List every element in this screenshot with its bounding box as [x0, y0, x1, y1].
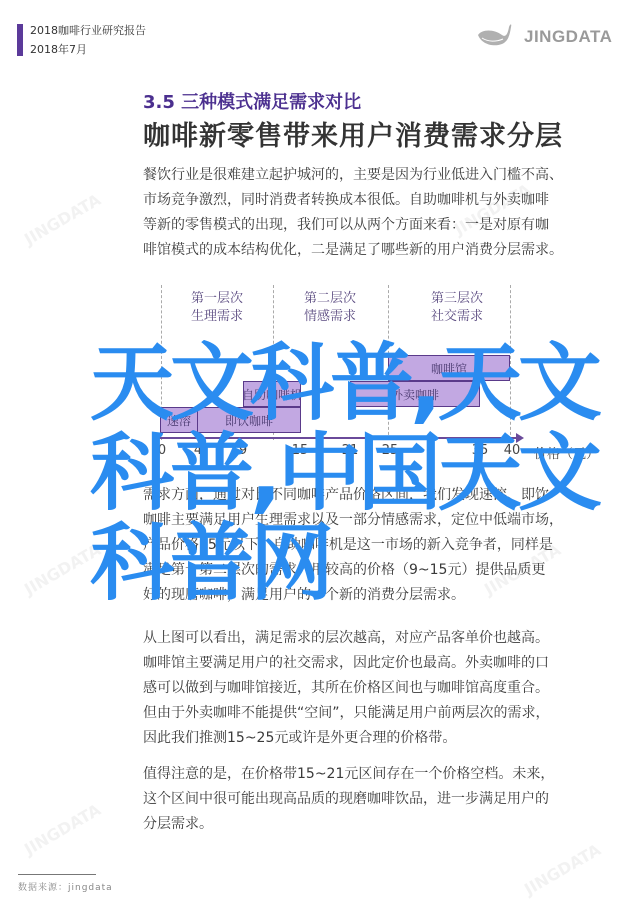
x-tick: 35: [472, 443, 489, 458]
watermark: JINGDATA: [21, 190, 104, 249]
bar-instant-coffee: 速溶: [160, 407, 198, 433]
text-line: 咖啡馆主要满足用户的社交需求，因此定价也最高。外卖咖啡的口: [143, 651, 613, 676]
tier-title: 第二层次: [275, 290, 385, 308]
watermark: JINGDATA: [521, 840, 604, 899]
x-axis: [158, 437, 518, 439]
logo-text: JINGDATA: [524, 27, 612, 47]
tier-need: 社交需求: [402, 308, 512, 326]
report-date: 2018年7月: [30, 41, 87, 57]
jingdata-logo: JINGDATA: [476, 22, 612, 52]
body-paragraph-2: 从上图可以看出，满足需求的层次越高，对应产品客单价也越高。 咖啡馆主要满足用户的…: [143, 626, 613, 751]
text-line: 咖啡主要满足用户生理需求以及一部分情感需求，定位中低端市场，: [143, 508, 613, 533]
text-line: 产品价格15元以下。自助咖啡机是这一市场的新入竞争者，同样是: [143, 533, 613, 558]
text-line: 啡馆模式的成本结构优化，二是满足了哪些新的用户消费分层需求。: [143, 238, 613, 263]
text-line: 从上图可以看出，满足需求的层次越高，对应产品客单价也越高。: [143, 626, 613, 651]
tier-need: 情感需求: [275, 308, 385, 326]
tier-label-2: 第二层次 情感需求: [275, 290, 385, 326]
bar-self-service-machine: 自助咖啡机: [243, 381, 301, 407]
page-title: 咖啡新零售带来用户消费需求分层: [143, 114, 563, 153]
text-line: 感可以做到与咖啡馆接近，其所在价格区间也与咖啡馆高度重合。: [143, 676, 613, 701]
text-line: 这个区间中很可能出现高品质的现磨咖啡饮品，进一步满足用户的: [143, 787, 613, 812]
text-line: 因此我们推测15~25元或许是外更合理的价格带。: [143, 726, 613, 751]
footer-divider: [18, 874, 96, 875]
text-line: 值得注意的是，在价格带15~21元区间存在一个价格空档。未来，: [143, 762, 613, 787]
x-tick: 25: [382, 443, 399, 458]
x-tick: 21: [342, 443, 359, 458]
bar-cafe: 咖啡馆: [388, 355, 510, 381]
data-source: 数据来源：jingdata: [18, 880, 113, 893]
whale-icon: [476, 21, 516, 53]
text-line: 市场竞争激烈，同时消费者转换成本很低。自助咖啡机与外卖咖啡: [143, 188, 613, 213]
x-axis-arrow-icon: [516, 433, 524, 443]
text-line: 需求方面，通过对比不同咖啡产品价格区间，我们发现速溶、即饮: [143, 483, 613, 508]
intro-paragraph: 餐饮行业是很难建立起护城河的，主要是因为行业低进入门槛不高、 市场竞争激烈，同时…: [143, 163, 613, 263]
header-accent-bar: [17, 24, 23, 56]
text-line: 好的现磨咖啡，满足用户的一个新的消费分层需求。: [143, 583, 613, 608]
text-line: 等新的零售模式的出现，我们可以从两个方面来看：一是对原有咖: [143, 213, 613, 238]
tier-title: 第一层次: [162, 290, 272, 308]
body-paragraph-3: 值得注意的是，在价格带15~21元区间存在一个价格空档。未来， 这个区间中很可能…: [143, 762, 613, 837]
watermark: JINGDATA: [21, 800, 104, 859]
tier-label-1: 第一层次 生理需求: [162, 290, 272, 326]
x-tick: 4: [194, 443, 202, 458]
x-tick: 9: [239, 443, 247, 458]
body-paragraph-1: 需求方面，通过对比不同咖啡产品价格区间，我们发现速溶、即饮 咖啡主要满足用户生理…: [143, 483, 613, 608]
text-line: 分层需求。: [143, 812, 613, 837]
tier-need: 生理需求: [162, 308, 272, 326]
x-tick: 40: [504, 443, 521, 458]
watermark: JINGDATA: [21, 540, 104, 599]
text-line: 但由于外卖咖啡不能提供“空间”，只能满足用户前两层次的需求，: [143, 701, 613, 726]
tier-label-3: 第三层次 社交需求: [402, 290, 512, 326]
text-line: 餐饮行业是很难建立起护城河的，主要是因为行业低进入门槛不高、: [143, 163, 613, 188]
x-axis-label: 价格（元）: [534, 443, 599, 462]
report-title: 2018咖啡行业研究报告: [30, 22, 146, 38]
x-tick: 0: [158, 443, 166, 458]
bar-delivery-coffee: 外卖咖啡: [350, 381, 480, 407]
tier-title: 第三层次: [402, 290, 512, 308]
section-subtitle: 3.5 三种模式满足需求对比: [143, 88, 361, 114]
text-line: 满足第一第二层次的需求，用较高的价格（9~15元）提供品质更: [143, 558, 613, 583]
bar-rtd-coffee: 即饮咖啡: [197, 407, 301, 433]
price-tier-chart: 第一层次 生理需求 第二层次 情感需求 第三层次 社交需求 咖啡馆 自助咖啡机 …: [150, 285, 620, 465]
x-tick: 15: [292, 443, 309, 458]
